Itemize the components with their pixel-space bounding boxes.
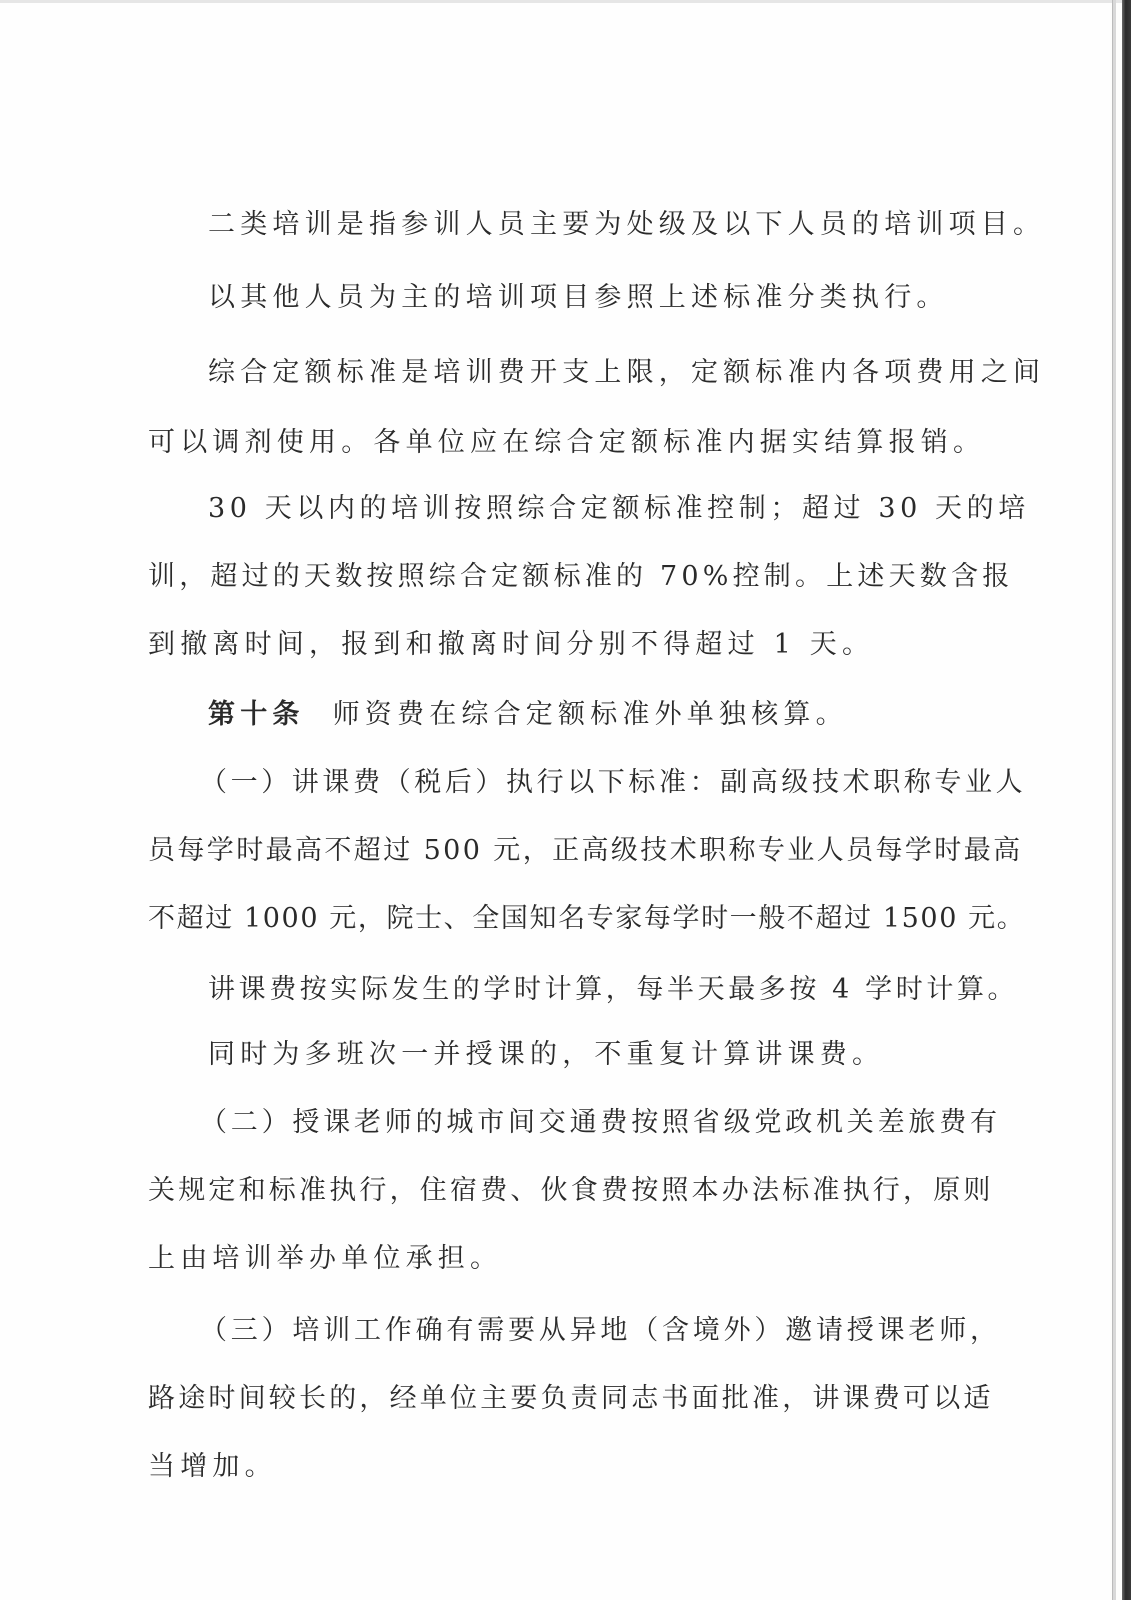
article-10-line: 第十条师资费在综合定额标准外单独核算。 (208, 700, 848, 730)
paragraph-line: （一）讲课费（税后）执行以下标准：副高级技术职称专业人 (200, 768, 1026, 798)
article-10-label: 第十条 (208, 699, 305, 730)
paragraph-line: 30 天以内的培训按照综合定额标准控制；超过 30 天的培 (208, 494, 1030, 524)
paragraph-line: 综合定额标准是培训费开支上限，定额标准内各项费用之间 (208, 358, 1045, 388)
paragraph-line: 同时为多班次一并授课的，不重复计算讲课费。 (208, 1040, 884, 1070)
scan-edge-shadow (1122, 0, 1131, 1600)
paragraph-line: 以其他人员为主的培训项目参照上述标准分类执行。 (208, 283, 949, 313)
paragraph-line: 关规定和标准执行，住宿费、伙食费按照本办法标准执行，原则 (148, 1176, 994, 1206)
paragraph-line: 员每学时最高不超过 500 元，正高级技术职称专业人员每学时最高 (148, 836, 1023, 866)
document-page: 二类培训是指参训人员主要为处级及以下人员的培训项目。 以其他人员为主的培训项目参… (0, 0, 1110, 1600)
paragraph-line: 不超过 1000 元，院士、全国知名专家每学时一般不超过 1500 元。 (148, 904, 1025, 934)
paragraph-line: （三）培训工作确有需要从异地（含境外）邀请授课老师， (200, 1316, 1001, 1346)
paragraph-line: 可以调剂使用。各单位应在综合定额标准内据实结算报销。 (148, 428, 985, 458)
page-top-edge (0, 0, 1122, 3)
paragraph-line: 二类培训是指参训人员主要为处级及以下人员的培训项目。 (208, 210, 1045, 240)
paragraph-line: 上由培训举办单位承担。 (148, 1244, 502, 1274)
paragraph-line: （二）授课老师的城市间交通费按照省级党政机关差旅费有 (200, 1108, 1001, 1138)
paragraph-line: 讲课费按实际发生的学时计算，每半天最多按 4 学时计算。 (208, 975, 1018, 1005)
paragraph-line: 路途时间较长的，经单位主要负责同志书面批准，讲课费可以适 (148, 1384, 994, 1414)
paragraph-line: 到撤离时间，报到和撤离时间分别不得超过 1 天。 (148, 630, 874, 660)
article-10-text: 师资费在综合定额标准外单独核算。 (333, 699, 848, 730)
page-edge-line (1112, 0, 1116, 1600)
paragraph-line: 训，超过的天数按照综合定额标准的 70%控制。上述天数含报 (148, 562, 1013, 592)
paragraph-line: 当增加。 (148, 1452, 277, 1482)
